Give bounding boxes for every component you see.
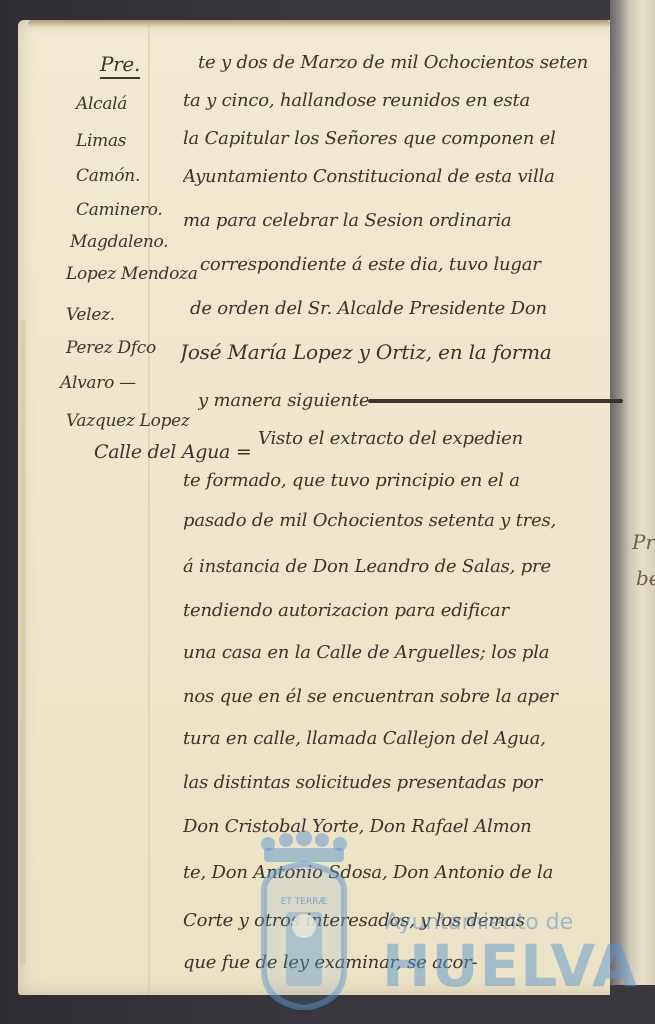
body-line: Don Cristobal Yorte, Don Rafael Almon (183, 816, 623, 837)
body-line: Visto el extracto del expedien (258, 428, 628, 449)
body-line: la Capitular los Señores que componen el (183, 128, 623, 149)
body-line: á instancia de Don Leandro de Salas, pre (183, 556, 623, 577)
gutter-shadow (610, 985, 655, 1024)
facing-page-fragment: Pr (632, 530, 655, 554)
margin-name: Magdaleno. (70, 232, 168, 252)
body-line: te, Don Antonio Sdosa, Don Antonio de la (183, 862, 623, 883)
margin-name: Caminero. (76, 200, 162, 220)
body-line: de orden del Sr. Alcalde Presidente Don (190, 298, 630, 319)
margin-header: Pre. (100, 52, 140, 76)
margin-name: Perez Dfco (66, 338, 156, 358)
margin-name: Vazquez Lopez (66, 411, 190, 431)
left-edge-crease (20, 320, 26, 965)
body-line: y manera siguiente (198, 390, 368, 411)
margin-name: Alcalá (76, 94, 127, 114)
body-line: Ayuntamiento Constitucional de esta vill… (183, 166, 623, 187)
margin-name: Velez. (66, 305, 115, 325)
body-line: nos que en él se encuentran sobre la ape… (183, 686, 623, 707)
margin-subject: Calle del Agua = (94, 441, 251, 463)
body-line: ta y cinco, hallandose reunidos en esta (183, 90, 623, 111)
line-filler-rule (368, 399, 623, 403)
body-line: Corte y otros interesados, y los demas (183, 910, 623, 931)
body-line: te y dos de Marzo de mil Ochocientos set… (198, 52, 638, 73)
margin-name: Camón. (76, 166, 140, 186)
margin-name: Lopez Mendoza (66, 264, 198, 284)
body-line: que fue de ley examinar, se acor- (183, 952, 623, 973)
body-line: ma para celebrar la Sesion ordinaria (183, 210, 623, 231)
body-line: tendiendo autorizacion para edificar (183, 600, 623, 621)
body-line: una casa en la Calle de Arguelles; los p… (183, 642, 623, 663)
facing-page-fragment: be (636, 566, 655, 590)
body-line: pasado de mil Ochocientos setenta y tres… (183, 510, 623, 531)
page-fold-line (148, 20, 150, 995)
body-line: tura en calle, llamada Callejon del Agua… (183, 728, 623, 749)
body-line: correspondiente á este dia, tuvo lugar (200, 254, 640, 275)
margin-name: Limas (76, 131, 126, 151)
body-line: te formado, que tuvo principio en el a (183, 470, 623, 491)
body-line: las distintas solicitudes presentadas po… (183, 772, 623, 793)
margin-name: Alvaro — (60, 373, 136, 393)
body-line: José María Lopez y Ortiz, en la forma (180, 340, 620, 364)
